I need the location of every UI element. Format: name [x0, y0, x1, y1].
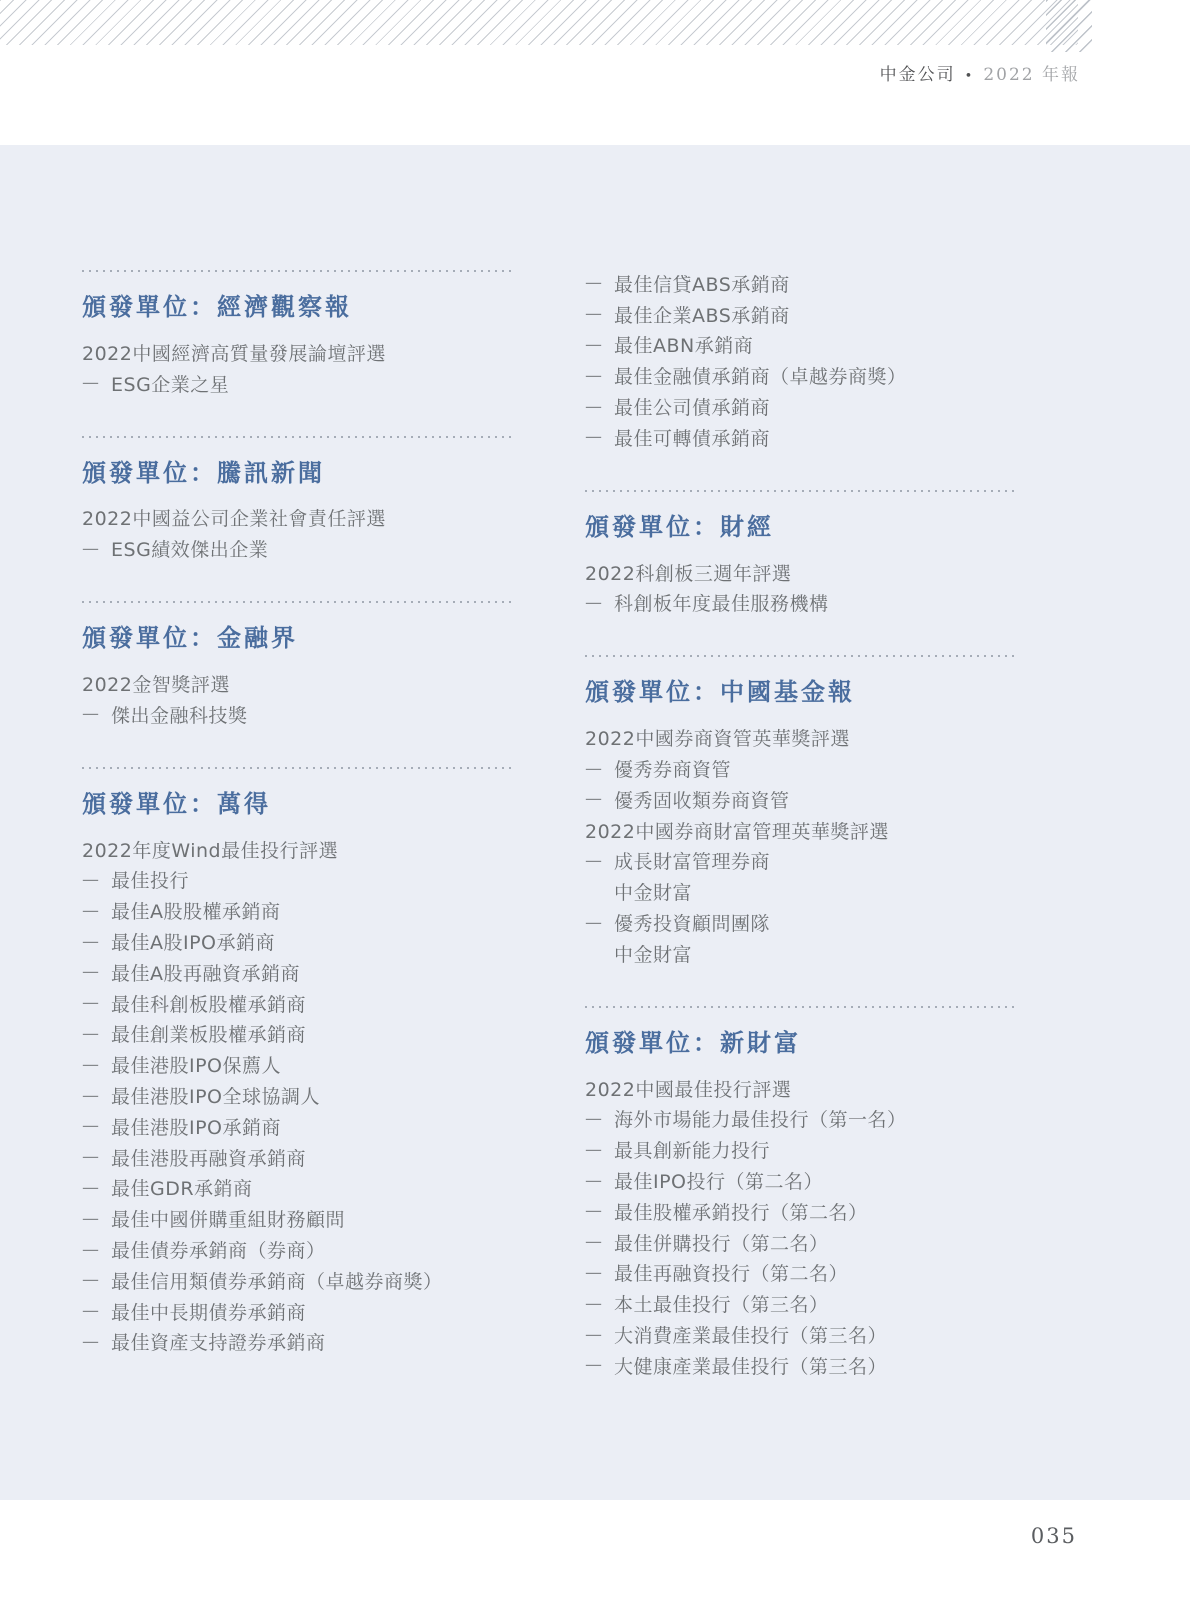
dash-mark: —	[585, 335, 614, 355]
award-item: —大健康產業最佳投行（第三名）	[585, 1350, 1017, 1381]
award-item: 中金財富	[585, 876, 1017, 907]
section-heading: 頒發單位：新財富	[585, 1025, 1017, 1061]
award-text: 大消費產業最佳投行（第三名）	[614, 1321, 887, 1348]
award-text: 最佳A股再融資承銷商	[111, 959, 300, 986]
dash-mark: —	[82, 1116, 111, 1136]
award-item: —最佳金融債承銷商（卓越券商獎）	[585, 360, 1017, 391]
dash-mark: —	[82, 1086, 111, 1106]
award-text: 最佳港股IPO保薦人	[111, 1051, 281, 1078]
award-text: 最佳科創板股權承銷商	[111, 990, 306, 1017]
award-text: 大健康產業最佳投行（第三名）	[614, 1352, 887, 1379]
section-heading: 頒發單位：騰訊新聞	[82, 455, 514, 491]
dash-mark: —	[585, 1294, 614, 1314]
award-item: —最佳信用類債券承銷商（卓越券商獎）	[82, 1265, 514, 1296]
award-item: —優秀券商資管	[585, 753, 1017, 784]
dash-mark: —	[82, 1240, 111, 1260]
award-item: —最佳中長期債券承銷商	[82, 1296, 514, 1327]
diagonal-hatch-decoration	[0, 0, 1078, 45]
award-item: —最佳信貸ABS承銷商	[585, 268, 1017, 299]
report-edition: 2022 年報	[983, 65, 1080, 85]
award-text: 最具創新能力投行	[614, 1136, 770, 1163]
award-text: 最佳ABN承銷商	[614, 331, 753, 358]
award-item: —最佳港股IPO承銷商	[82, 1111, 514, 1142]
section-heading: 頒發單位：中國基金報	[585, 674, 1017, 710]
award-item: —科創板年度最佳服務機構	[585, 588, 1017, 619]
award-item: —最佳ABN承銷商	[585, 330, 1017, 361]
award-text: 最佳A股IPO承銷商	[111, 928, 275, 955]
award-item: —優秀固收類券商資管	[585, 784, 1017, 815]
award-text: 2022中國益公司企業社會責任評選	[82, 504, 386, 531]
award-item: 中金財富	[585, 938, 1017, 969]
award-text: 最佳可轉債承銷商	[614, 424, 770, 451]
section-heading: 頒發單位：經濟觀察報	[82, 289, 514, 325]
award-item: —最佳資產支持證券承銷商	[82, 1327, 514, 1358]
dotted-separator	[82, 436, 514, 438]
award-text: 最佳再融資投行（第二名）	[614, 1259, 848, 1286]
award-program: 2022科創板三週年評選	[585, 557, 1017, 588]
award-section: 頒發單位：財經2022科創板三週年評選—科創板年度最佳服務機構	[585, 490, 1017, 619]
award-text: 最佳併購投行（第二名）	[614, 1229, 829, 1256]
award-text: 海外市場能力最佳投行（第一名）	[614, 1105, 907, 1132]
dotted-separator	[585, 490, 1017, 492]
dash-mark: —	[82, 1178, 111, 1198]
section-heading: 頒發單位：財經	[585, 509, 1017, 545]
dash-mark: —	[585, 1325, 614, 1345]
award-text: 最佳投行	[111, 866, 189, 893]
award-item: —優秀投資顧問團隊	[585, 907, 1017, 938]
award-item: —最佳公司債承銷商	[585, 391, 1017, 422]
dotted-separator	[82, 270, 514, 272]
award-text: 最佳信貸ABS承銷商	[614, 270, 790, 297]
award-lines: —最佳信貸ABS承銷商—最佳企業ABS承銷商—最佳ABN承銷商—最佳金融債承銷商…	[585, 268, 1017, 453]
award-text: 最佳債券承銷商（券商）	[111, 1236, 326, 1263]
dash-mark: —	[585, 427, 614, 447]
award-item: —最佳企業ABS承銷商	[585, 299, 1017, 330]
award-program: 2022中國最佳投行評選	[585, 1073, 1017, 1104]
award-text: 最佳中國併購重組財務顧問	[111, 1205, 345, 1232]
award-text: 最佳GDR承銷商	[111, 1174, 253, 1201]
award-text: 最佳信用類債券承銷商（卓越券商獎）	[111, 1267, 443, 1294]
dash-mark: —	[585, 1171, 614, 1191]
award-section: 頒發單位：新財富2022中國最佳投行評選—海外市場能力最佳投行（第一名）—最具創…	[585, 1006, 1017, 1381]
award-text: 最佳A股股權承銷商	[111, 897, 281, 924]
award-item: —最佳可轉債承銷商	[585, 422, 1017, 453]
award-program: 2022金智獎評選	[82, 668, 514, 699]
dotted-separator	[82, 767, 514, 769]
award-text: 中金財富	[614, 940, 692, 967]
award-text: 傑出金融科技獎	[111, 701, 248, 728]
dash-mark: —	[82, 901, 111, 921]
award-program: 2022中國益公司企業社會責任評選	[82, 503, 514, 534]
award-item: —最佳港股IPO全球協調人	[82, 1080, 514, 1111]
award-program: 2022中國經濟高質量發展論壇評選	[82, 337, 514, 368]
award-section: 頒發單位：萬得2022年度Wind最佳投行評選—最佳投行—最佳A股股權承銷商—最…	[82, 767, 514, 1358]
award-item: —最佳投行	[82, 865, 514, 896]
dash-mark: —	[585, 1201, 614, 1221]
award-text: 科創板年度最佳服務機構	[614, 589, 829, 616]
award-section: 頒發單位：騰訊新聞2022中國益公司企業社會責任評選—ESG績效傑出企業	[82, 436, 514, 565]
award-text: 最佳金融債承銷商（卓越券商獎）	[614, 362, 907, 389]
dash-mark: —	[82, 1301, 111, 1321]
award-text: 優秀固收類券商資管	[614, 786, 790, 813]
award-item: —傑出金融科技獎	[82, 699, 514, 730]
awards-column-left: 頒發單位：經濟觀察報2022中國經濟高質量發展論壇評選—ESG企業之星頒發單位：…	[82, 270, 514, 1357]
award-text: 最佳港股IPO承銷商	[111, 1113, 281, 1140]
dotted-separator	[585, 1006, 1017, 1008]
dash-mark: —	[585, 1109, 614, 1129]
company-name: 中金公司	[880, 65, 956, 85]
award-item: —最佳中國併購重組財務顧問	[82, 1203, 514, 1234]
award-text: 優秀券商資管	[614, 755, 731, 782]
award-item: —最佳再融資投行（第二名）	[585, 1258, 1017, 1289]
award-text: 2022中國最佳投行評選	[585, 1075, 791, 1102]
dash-mark: —	[82, 1147, 111, 1167]
award-item: —最佳股權承銷投行（第二名）	[585, 1196, 1017, 1227]
award-item: —最佳A股再融資承銷商	[82, 957, 514, 988]
award-text: 最佳IPO投行（第二名）	[614, 1167, 823, 1194]
award-text: 中金財富	[614, 878, 692, 905]
award-text: 本土最佳投行（第三名）	[614, 1290, 829, 1317]
award-program: 2022中國券商資管英華獎評選	[585, 722, 1017, 753]
section-heading: 頒發單位：金融界	[82, 620, 514, 656]
dotted-separator	[585, 655, 1017, 657]
award-lines: 2022年度Wind最佳投行評選—最佳投行—最佳A股股權承銷商—最佳A股IPO承…	[82, 834, 514, 1358]
page-number: 035	[1031, 1524, 1077, 1548]
dash-mark: —	[82, 539, 111, 559]
award-lines: 2022中國券商資管英華獎評選—優秀券商資管—優秀固收類券商資管2022中國券商…	[585, 722, 1017, 968]
award-item: —最佳GDR承銷商	[82, 1173, 514, 1204]
award-text: ESG績效傑出企業	[111, 535, 268, 562]
award-program: 2022中國券商財富管理英華獎評選	[585, 815, 1017, 846]
dash-mark: —	[585, 366, 614, 386]
award-item: —最佳IPO投行（第二名）	[585, 1165, 1017, 1196]
award-text: 最佳公司債承銷商	[614, 393, 770, 420]
awards-column-right: —最佳信貸ABS承銷商—最佳企業ABS承銷商—最佳ABN承銷商—最佳金融債承銷商…	[585, 268, 1017, 1381]
award-text: ESG企業之星	[111, 370, 229, 397]
award-text: 最佳企業ABS承銷商	[614, 301, 790, 328]
award-lines: 2022科創板三週年評選—科創板年度最佳服務機構	[585, 557, 1017, 619]
dash-mark: —	[82, 932, 111, 952]
award-text: 最佳資產支持證券承銷商	[111, 1328, 326, 1355]
award-section: 頒發單位：中國基金報2022中國券商資管英華獎評選—優秀券商資管—優秀固收類券商…	[585, 655, 1017, 968]
award-item: —最佳A股股權承銷商	[82, 895, 514, 926]
dash-mark: —	[82, 962, 111, 982]
dash-mark: —	[82, 373, 111, 393]
award-lines: 2022中國經濟高質量發展論壇評選—ESG企業之星	[82, 337, 514, 399]
award-item: —成長財富管理券商	[585, 846, 1017, 877]
award-item: —最佳債券承銷商（券商）	[82, 1234, 514, 1265]
dash-mark: —	[585, 1355, 614, 1375]
dash-mark: —	[585, 593, 614, 613]
dash-mark: —	[82, 1024, 111, 1044]
dash-mark: —	[585, 1263, 614, 1283]
award-text: 2022科創板三週年評選	[585, 559, 791, 586]
dash-mark: —	[585, 397, 614, 417]
dash-mark: —	[585, 789, 614, 809]
award-item: —最具創新能力投行	[585, 1134, 1017, 1165]
dotted-separator	[82, 601, 514, 603]
dash-mark: —	[585, 273, 614, 293]
dash-mark: —	[82, 1270, 111, 1290]
dash-mark: —	[82, 1332, 111, 1352]
bullet-separator-icon: •	[965, 69, 975, 84]
section-heading: 頒發單位：萬得	[82, 786, 514, 822]
award-item: —ESG績效傑出企業	[82, 533, 514, 564]
award-item: —最佳港股IPO保薦人	[82, 1049, 514, 1080]
award-program: 2022年度Wind最佳投行評選	[82, 834, 514, 865]
award-text: 最佳港股再融資承銷商	[111, 1144, 306, 1171]
dash-mark: —	[585, 304, 614, 324]
award-item: —最佳A股IPO承銷商	[82, 926, 514, 957]
award-lines: 2022中國益公司企業社會責任評選—ESG績效傑出企業	[82, 503, 514, 565]
award-text: 最佳中長期債券承銷商	[111, 1298, 306, 1325]
award-item: —最佳併購投行（第二名）	[585, 1227, 1017, 1258]
award-item: —海外市場能力最佳投行（第一名）	[585, 1104, 1017, 1135]
award-text: 2022金智獎評選	[82, 670, 230, 697]
award-text: 2022中國券商資管英華獎評選	[585, 724, 850, 751]
award-item: —大消費產業最佳投行（第三名）	[585, 1319, 1017, 1350]
award-item: —ESG企業之星	[82, 368, 514, 399]
dash-mark: —	[82, 704, 111, 724]
award-text: 最佳股權承銷投行（第二名）	[614, 1198, 868, 1225]
award-text: 成長財富管理券商	[614, 847, 770, 874]
award-text: 2022中國券商財富管理英華獎評選	[585, 817, 889, 844]
dash-mark: —	[585, 1232, 614, 1252]
dash-mark: —	[585, 851, 614, 871]
award-lines: 2022金智獎評選—傑出金融科技獎	[82, 668, 514, 730]
award-text: 優秀投資顧問團隊	[614, 909, 770, 936]
dash-mark: —	[585, 759, 614, 779]
report-header: 中金公司•2022 年報	[880, 60, 1080, 85]
award-item: —最佳創業板股權承銷商	[82, 1019, 514, 1050]
dash-mark: —	[82, 870, 111, 890]
dash-mark: —	[82, 1209, 111, 1229]
award-item: —最佳科創板股權承銷商	[82, 988, 514, 1019]
award-section: —最佳信貸ABS承銷商—最佳企業ABS承銷商—最佳ABN承銷商—最佳金融債承銷商…	[585, 268, 1017, 453]
award-text: 最佳創業板股權承銷商	[111, 1020, 306, 1047]
dash-mark: —	[82, 993, 111, 1013]
award-text: 2022年度Wind最佳投行評選	[82, 836, 338, 863]
award-item: —最佳港股再融資承銷商	[82, 1142, 514, 1173]
annual-report-page: 中金公司•2022 年報 頒發單位：經濟觀察報2022中國經濟高質量發展論壇評選…	[0, 0, 1190, 1615]
dash-mark: —	[82, 1055, 111, 1075]
dash-mark: —	[585, 1140, 614, 1160]
award-item: —本土最佳投行（第三名）	[585, 1288, 1017, 1319]
award-section: 頒發單位：經濟觀察報2022中國經濟高質量發展論壇評選—ESG企業之星	[82, 270, 514, 399]
award-text: 最佳港股IPO全球協調人	[111, 1082, 320, 1109]
award-text: 2022中國經濟高質量發展論壇評選	[82, 339, 386, 366]
award-section: 頒發單位：金融界2022金智獎評選—傑出金融科技獎	[82, 601, 514, 730]
dash-mark: —	[585, 913, 614, 933]
award-lines: 2022中國最佳投行評選—海外市場能力最佳投行（第一名）—最具創新能力投行—最佳…	[585, 1073, 1017, 1381]
